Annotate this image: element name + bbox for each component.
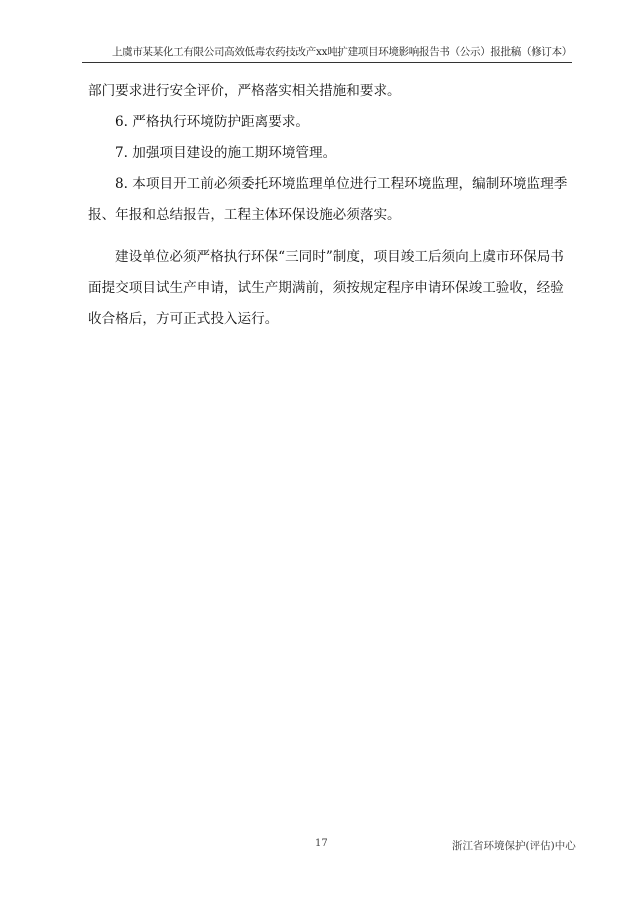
paragraph-three-simultaneous: 建设单位必须严格执行环保“三同时”制度，项目竣工后须向上虞市环保局书面提交项目试… (88, 242, 570, 335)
page-number: 17 (315, 838, 328, 849)
header-divider (82, 62, 572, 63)
running-header: 上虞市某某化工有限公司高效低毒农药技改产xx吨扩建项目环境影响报告书（公示）报批… (82, 44, 572, 62)
footer-organization: 浙江省环境保护(评估)中心 (452, 838, 576, 853)
list-item-6: 6. 严格执行环境防护距离要求。 (88, 107, 570, 138)
list-item-8: 8. 本项目开工前必须委托环境监理单位进行工程环境监理，编制环境监理季报、年报和… (88, 169, 570, 231)
document-body: 部门要求进行安全评价，严格落实相关措施和要求。 6. 严格执行环境防护距离要求。… (88, 76, 570, 335)
paragraph-continuation: 部门要求进行安全评价，严格落实相关措施和要求。 (88, 76, 570, 107)
list-item-7: 7. 加强项目建设的施工期环境管理。 (88, 138, 570, 169)
